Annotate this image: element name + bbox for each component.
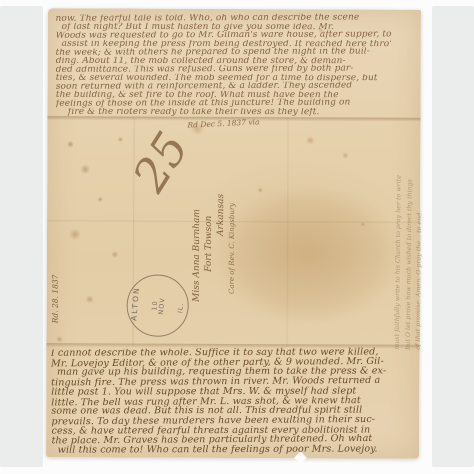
address-line-place: Fort Towson bbox=[203, 142, 216, 272]
handwriting-line: the building, & set fire to the roof. Wh… bbox=[56, 91, 416, 100]
fold-line-vertical-right bbox=[287, 117, 290, 347]
handwriting-line: I cannot describe the whole. Suffice it … bbox=[51, 347, 416, 358]
background-panel-left bbox=[0, 6, 43, 467]
cross-writing-block: must faithfully write to his Church to p… bbox=[393, 120, 426, 350]
handwriting-line: cess, & have uttered fearful threats aga… bbox=[51, 425, 416, 436]
postmark-date: 10 NOV bbox=[150, 296, 166, 315]
handwriting-line: will this come to! Who can tell the feel… bbox=[52, 444, 417, 455]
handwriting-line: of last night? But I must hasten to give… bbox=[56, 22, 416, 31]
handwriting-line: now. The fearful tale is told. Who, oh w… bbox=[56, 13, 416, 23]
date-docket: Rd. 28. 1837 bbox=[51, 251, 63, 323]
handwriting-line: ding. About 11, the mob collected around… bbox=[56, 57, 416, 66]
address-line-care-of: Care of Rev. C. Kingsbury bbox=[227, 142, 238, 294]
handwriting-line: assist in keeping the press from being d… bbox=[56, 39, 416, 48]
postmark-month: NOV bbox=[157, 297, 166, 315]
handwriting-line: fire & the rioters ready to take their l… bbox=[56, 108, 416, 117]
handwriting-block-top: now. The fearful tale is told. Who, oh w… bbox=[56, 13, 416, 118]
cross-writing-line: of that promise. Amen. O pray the... to … bbox=[414, 120, 427, 350]
handwriting-block-bottom: I cannot describe the whole. Suffice it … bbox=[51, 347, 417, 458]
background-panel-right bbox=[432, 6, 474, 467]
letter-sheet: now. The fearful tale is told. Who, oh w… bbox=[46, 8, 421, 459]
handwriting-line: some one was dead. But this is not all. … bbox=[51, 406, 416, 417]
address-line-territory: Arkansas bbox=[215, 142, 227, 236]
handwriting-line: little past 1. You will suppose that Mrs… bbox=[51, 386, 416, 397]
handwriting-line: man gave up his building, requesting the… bbox=[51, 367, 416, 378]
postal-rate-marking: 25 bbox=[126, 125, 196, 199]
letter-photograph: now. The fearful tale is told. Who, oh w… bbox=[0, 0, 474, 474]
address-line-recipient: Miss Anna Burnham bbox=[191, 142, 204, 302]
address-block: Miss Anna Burnham Fort Towson Arkansas C… bbox=[191, 142, 254, 302]
postmark-state: IL. bbox=[176, 302, 185, 313]
postmark-town: ALTON bbox=[129, 286, 141, 321]
handwriting-line: ties, & several wounded. The mob seemed … bbox=[56, 74, 416, 83]
